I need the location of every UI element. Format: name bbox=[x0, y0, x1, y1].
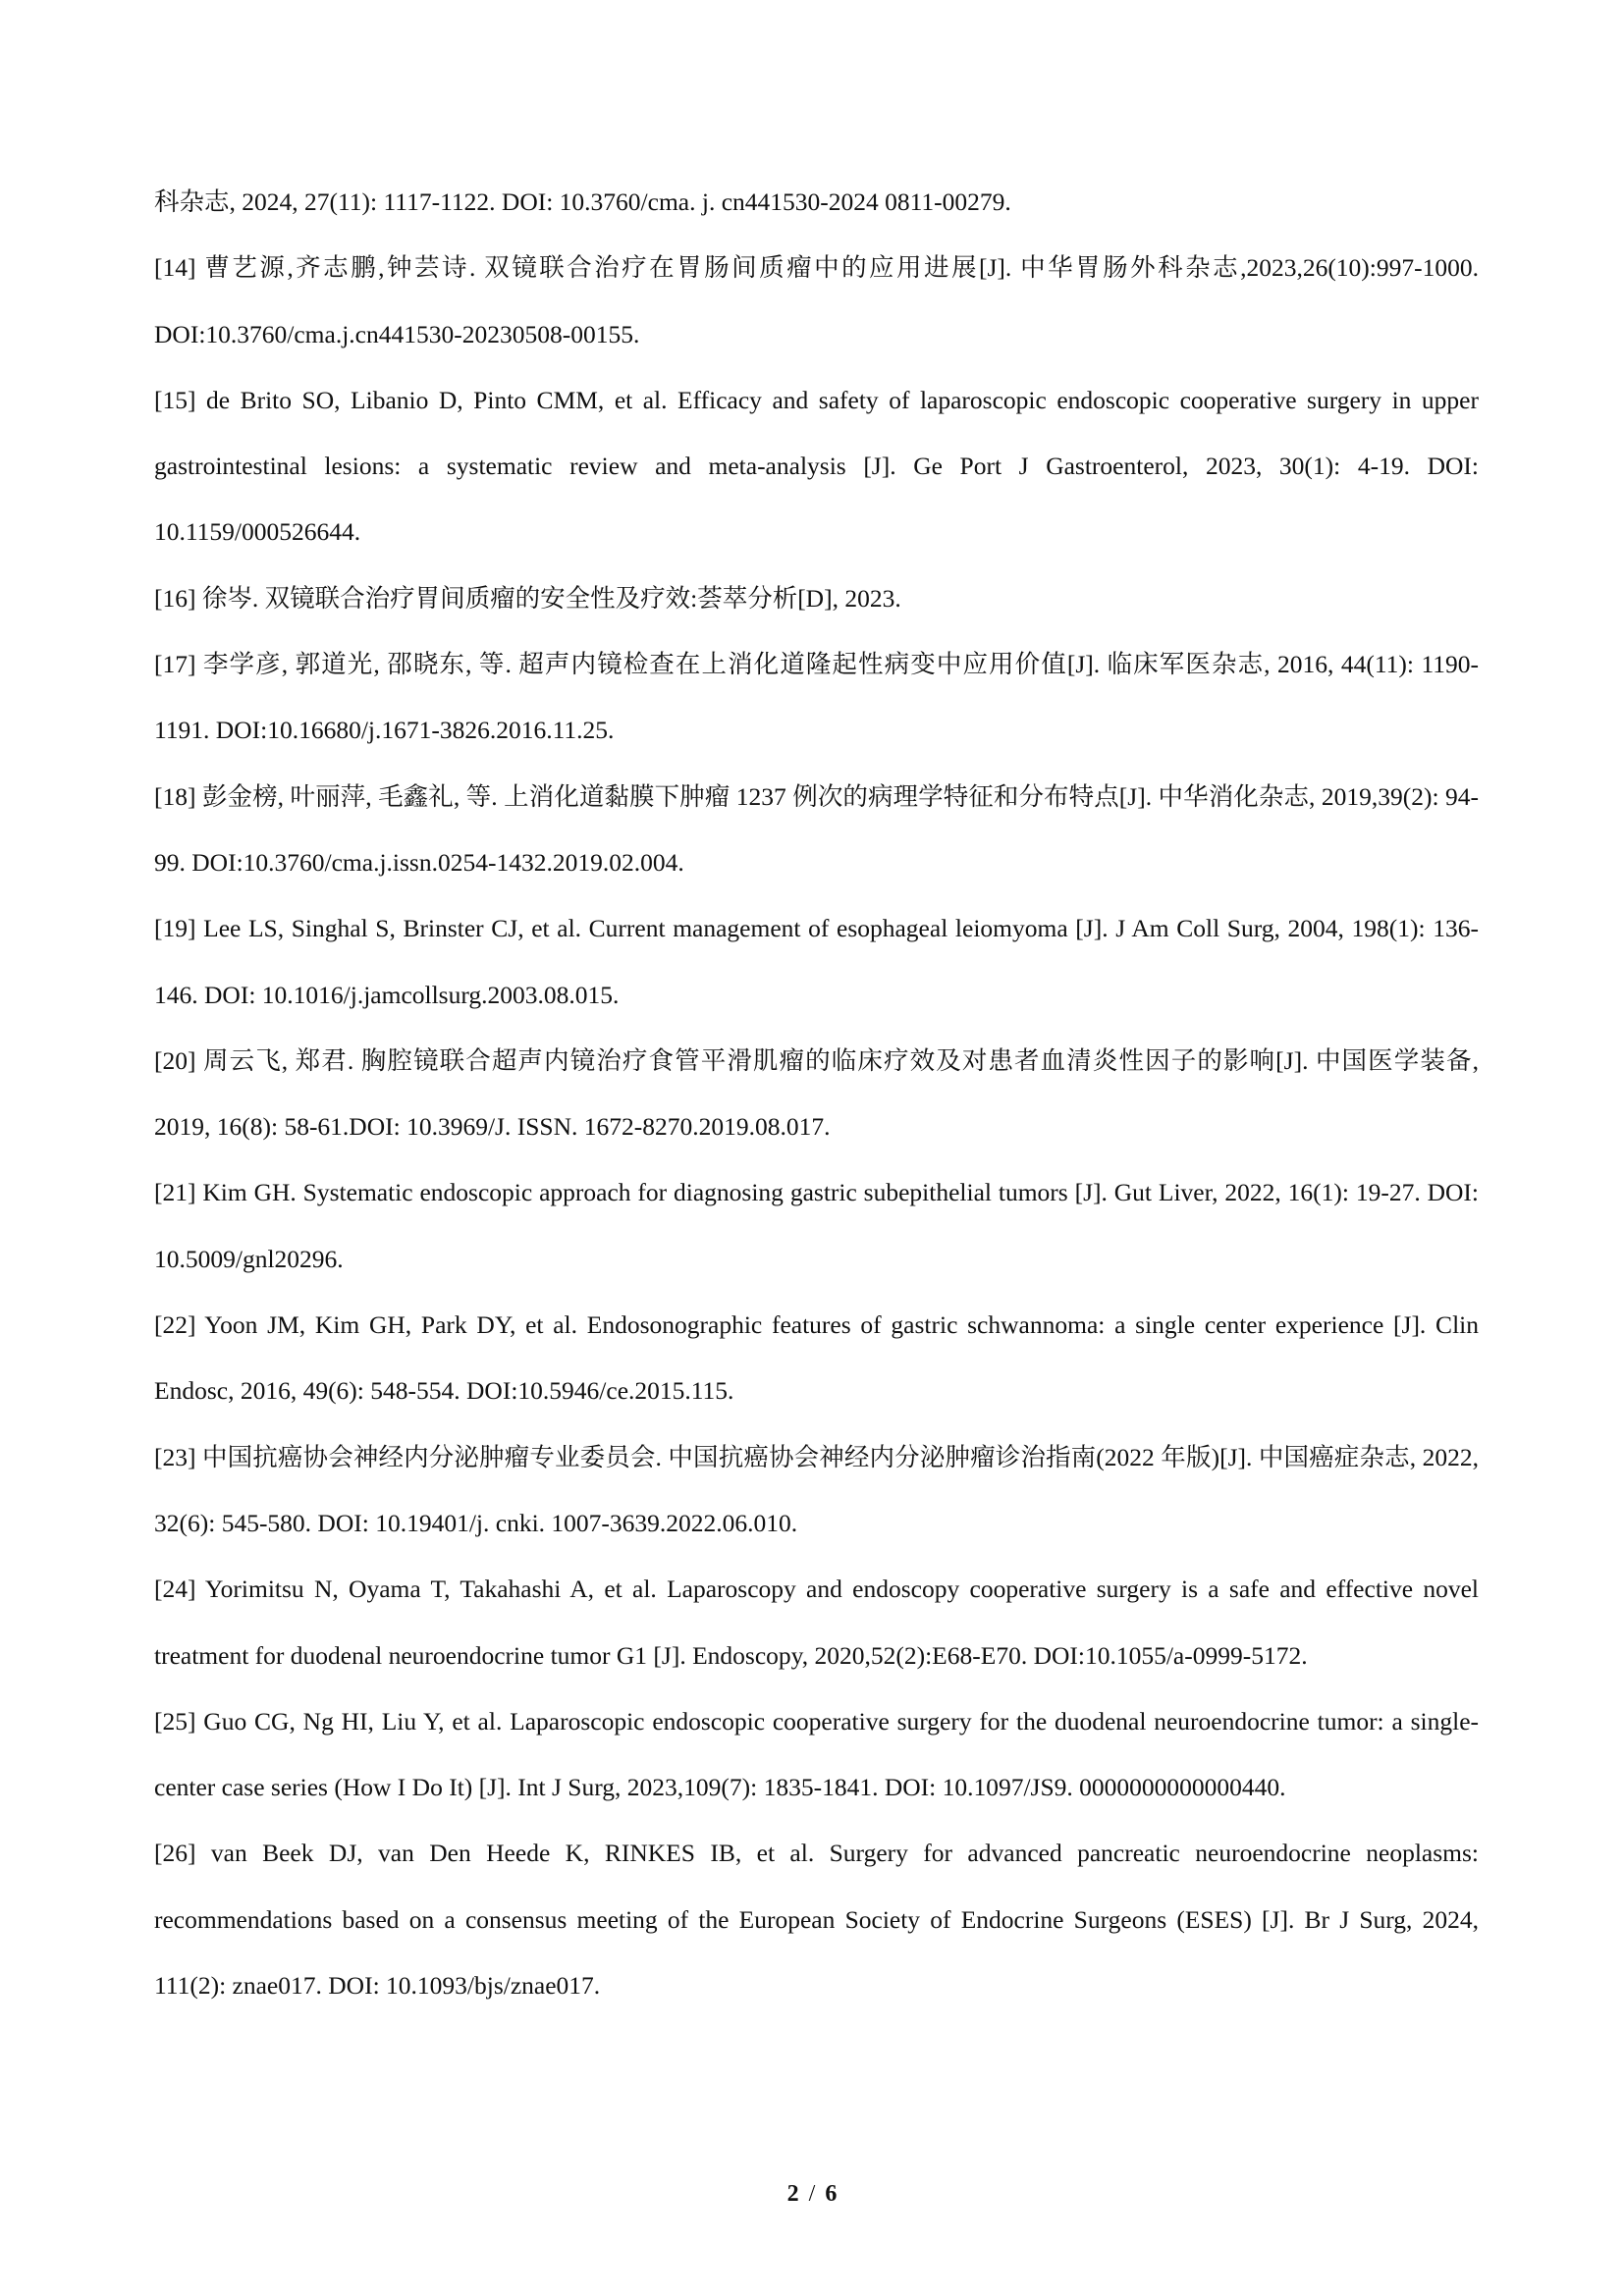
reference-15: [15] de Brito SO, Libanio D, Pinto CMM, … bbox=[154, 367, 1479, 565]
reference-26: [26] van Beek DJ, van Den Heede K, RINKE… bbox=[154, 1820, 1479, 2018]
reference-22: [22] Yoon JM, Kim GH, Park DY, et al. En… bbox=[154, 1292, 1479, 1424]
reference-20: [20] 周云飞, 郑君. 胸腔镜联合超声内镜治疗食管平滑肌瘤的临床疗效及对患者… bbox=[154, 1028, 1479, 1160]
reference-21: [21] Kim GH. Systematic endoscopic appro… bbox=[154, 1159, 1479, 1292]
page-total: 6 bbox=[825, 2181, 837, 2207]
page-number: 2/6 bbox=[0, 2181, 1624, 2208]
reference-14: [14] 曹艺源,齐志鹏,钟芸诗. 双镜联合治疗在胃肠间质瘤中的应用进展[J].… bbox=[154, 235, 1479, 367]
reference-13-continuation: 科杂志, 2024, 27(11): 1117-1122. DOI: 10.37… bbox=[154, 169, 1479, 235]
reference-list: 科杂志, 2024, 27(11): 1117-1122. DOI: 10.37… bbox=[154, 169, 1479, 2018]
reference-18: [18] 彭金榜, 叶丽萍, 毛鑫礼, 等. 上消化道黏膜下肿瘤 1237 例次… bbox=[154, 764, 1479, 896]
reference-24: [24] Yorimitsu N, Oyama T, Takahashi A, … bbox=[154, 1556, 1479, 1688]
page-separator: / bbox=[809, 2181, 816, 2207]
reference-16: [16] 徐岑. 双镜联合治疗胃间质瘤的安全性及疗效:荟萃分析[D], 2023… bbox=[154, 565, 1479, 631]
reference-25: [25] Guo CG, Ng HI, Liu Y, et al. Laparo… bbox=[154, 1688, 1479, 1821]
page-current: 2 bbox=[787, 2181, 799, 2207]
reference-23: [23] 中国抗癌协会神经内分泌肿瘤专业委员会. 中国抗癌协会神经内分泌肿瘤诊治… bbox=[154, 1424, 1479, 1557]
reference-17: [17] 李学彦, 郭道光, 邵晓东, 等. 超声内镜检查在上消化道隆起性病变中… bbox=[154, 631, 1479, 764]
reference-19: [19] Lee LS, Singhal S, Brinster CJ, et … bbox=[154, 895, 1479, 1028]
